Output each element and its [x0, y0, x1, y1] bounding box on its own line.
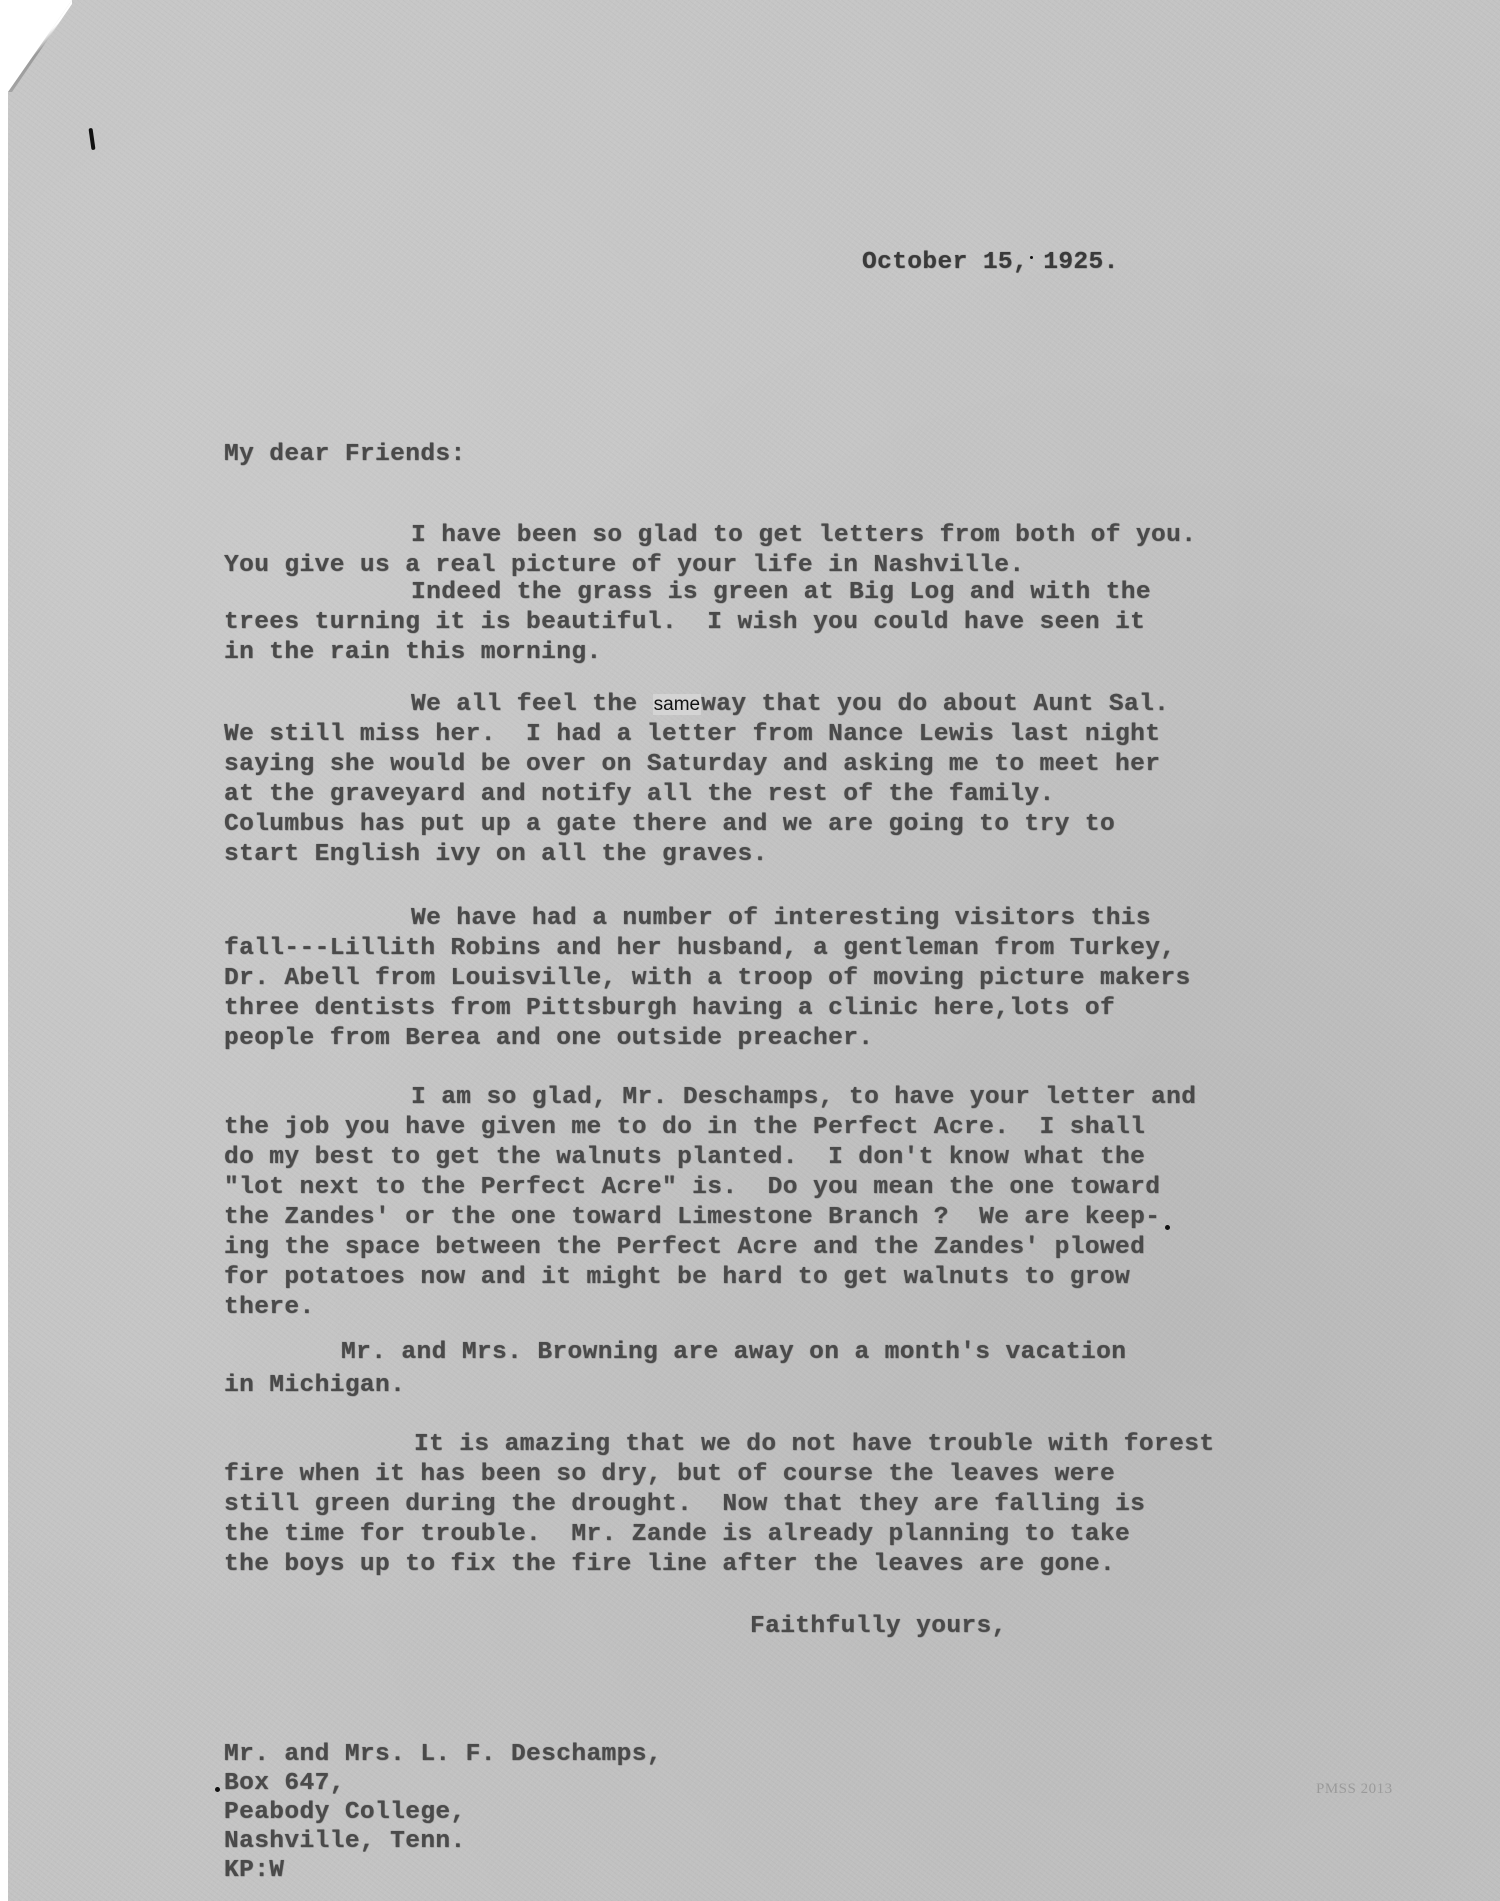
paragraph-6: Mr. and Mrs. Browning are away on a mont…: [224, 1338, 1126, 1401]
paragraph-line: Columbus has put up a gate there and we …: [224, 810, 1169, 840]
paragraph-line: It is amazing that we do not have troubl…: [224, 1430, 1214, 1460]
reference-initials: KP:W: [224, 1856, 662, 1885]
paragraph-line: "lot next to the Perfect Acre" is. Do yo…: [224, 1173, 1196, 1203]
paragraph-4: We have had a number of interesting visi…: [224, 904, 1191, 1054]
salutation: My dear Friends:: [224, 440, 466, 470]
line-suffix: way that you do about Aunt Sal.: [701, 691, 1169, 718]
paragraph-line: the Zandes' or the one toward Limestone …: [224, 1203, 1196, 1233]
paragraph-line: ing the space between the Perfect Acre a…: [224, 1233, 1196, 1263]
paragraph-line: We have had a number of interesting visi…: [224, 904, 1191, 934]
paragraph-line: start English ivy on all the graves.: [224, 840, 1169, 870]
paragraph-line: three dentists from Pittsburgh having a …: [224, 994, 1191, 1024]
paragraph-line: still green during the drought. Now that…: [224, 1490, 1214, 1520]
paragraph-line: I have been so glad to get letters from …: [224, 521, 1196, 551]
letter-body: October 15, 1925. My dear Friends: I hav…: [0, 0, 1500, 1901]
paragraph-line: the boys up to fix the fire line after t…: [224, 1550, 1214, 1580]
address-line: Nashville, Tenn.: [224, 1827, 662, 1856]
paragraph-line: people from Berea and one outside preach…: [224, 1024, 1191, 1054]
paragraph-line: fall---Lillith Robins and her husband, a…: [224, 934, 1191, 964]
paragraph-line: for potatoes now and it might be hard to…: [224, 1263, 1196, 1293]
paragraph-line: the job you have given me to do in the P…: [224, 1113, 1196, 1143]
paragraph-line: the time for trouble. Mr. Zande is alrea…: [224, 1520, 1214, 1550]
paragraph-line: We still miss her. I had a letter from N…: [224, 720, 1169, 750]
paragraph-1: I have been so glad to get letters from …: [224, 521, 1196, 581]
paragraph-line: saying she would be over on Saturday and…: [224, 750, 1169, 780]
paper-mark: [1165, 1225, 1170, 1230]
recipient-address: Mr. and Mrs. L. F. Deschamps, Box 647, P…: [224, 1740, 662, 1885]
paragraph-line-with-insertion: We all feel the sameway that you do abou…: [224, 690, 1169, 720]
paragraph-line: Mr. and Mrs. Browning are away on a mont…: [224, 1338, 1126, 1368]
paragraph-2: Indeed the grass is green at Big Log and…: [224, 578, 1151, 668]
closing: Faithfully yours,: [750, 1612, 1007, 1642]
paragraph-3: We all feel the sameway that you do abou…: [224, 690, 1169, 870]
paragraph-line: in the rain this morning.: [224, 638, 1151, 668]
paragraph-line: in Michigan.: [224, 1371, 1126, 1401]
paragraph-line: Dr. Abell from Louisville, with a troop …: [224, 964, 1191, 994]
archive-watermark: PMSS 2013: [1316, 1781, 1393, 1798]
paragraph-line: fire when it has been so dry, but of cou…: [224, 1460, 1214, 1490]
paragraph-line: trees turning it is beautiful. I wish yo…: [224, 608, 1151, 638]
paragraph-line: I am so glad, Mr. Deschamps, to have you…: [224, 1083, 1196, 1113]
paragraph-5: I am so glad, Mr. Deschamps, to have you…: [224, 1083, 1196, 1323]
address-line: Peabody College,: [224, 1798, 662, 1827]
address-line: Mr. and Mrs. L. F. Deschamps,: [224, 1740, 662, 1769]
paper-mark: [1030, 256, 1033, 259]
inserted-word: same: [653, 694, 701, 715]
paragraph-line: You give us a real picture of your life …: [224, 551, 1196, 581]
line-prefix: We all feel the: [411, 691, 653, 718]
paragraph-line: at the graveyard and notify all the rest…: [224, 780, 1169, 810]
paper-mark: [215, 1787, 220, 1792]
paragraph-7: It is amazing that we do not have troubl…: [224, 1430, 1214, 1580]
address-line: Box 647,: [224, 1769, 662, 1798]
letter-date: October 15, 1925.: [862, 248, 1119, 278]
paragraph-line: do my best to get the walnuts planted. I…: [224, 1143, 1196, 1173]
paragraph-line: there.: [224, 1293, 1196, 1323]
paragraph-line: Indeed the grass is green at Big Log and…: [224, 578, 1151, 608]
